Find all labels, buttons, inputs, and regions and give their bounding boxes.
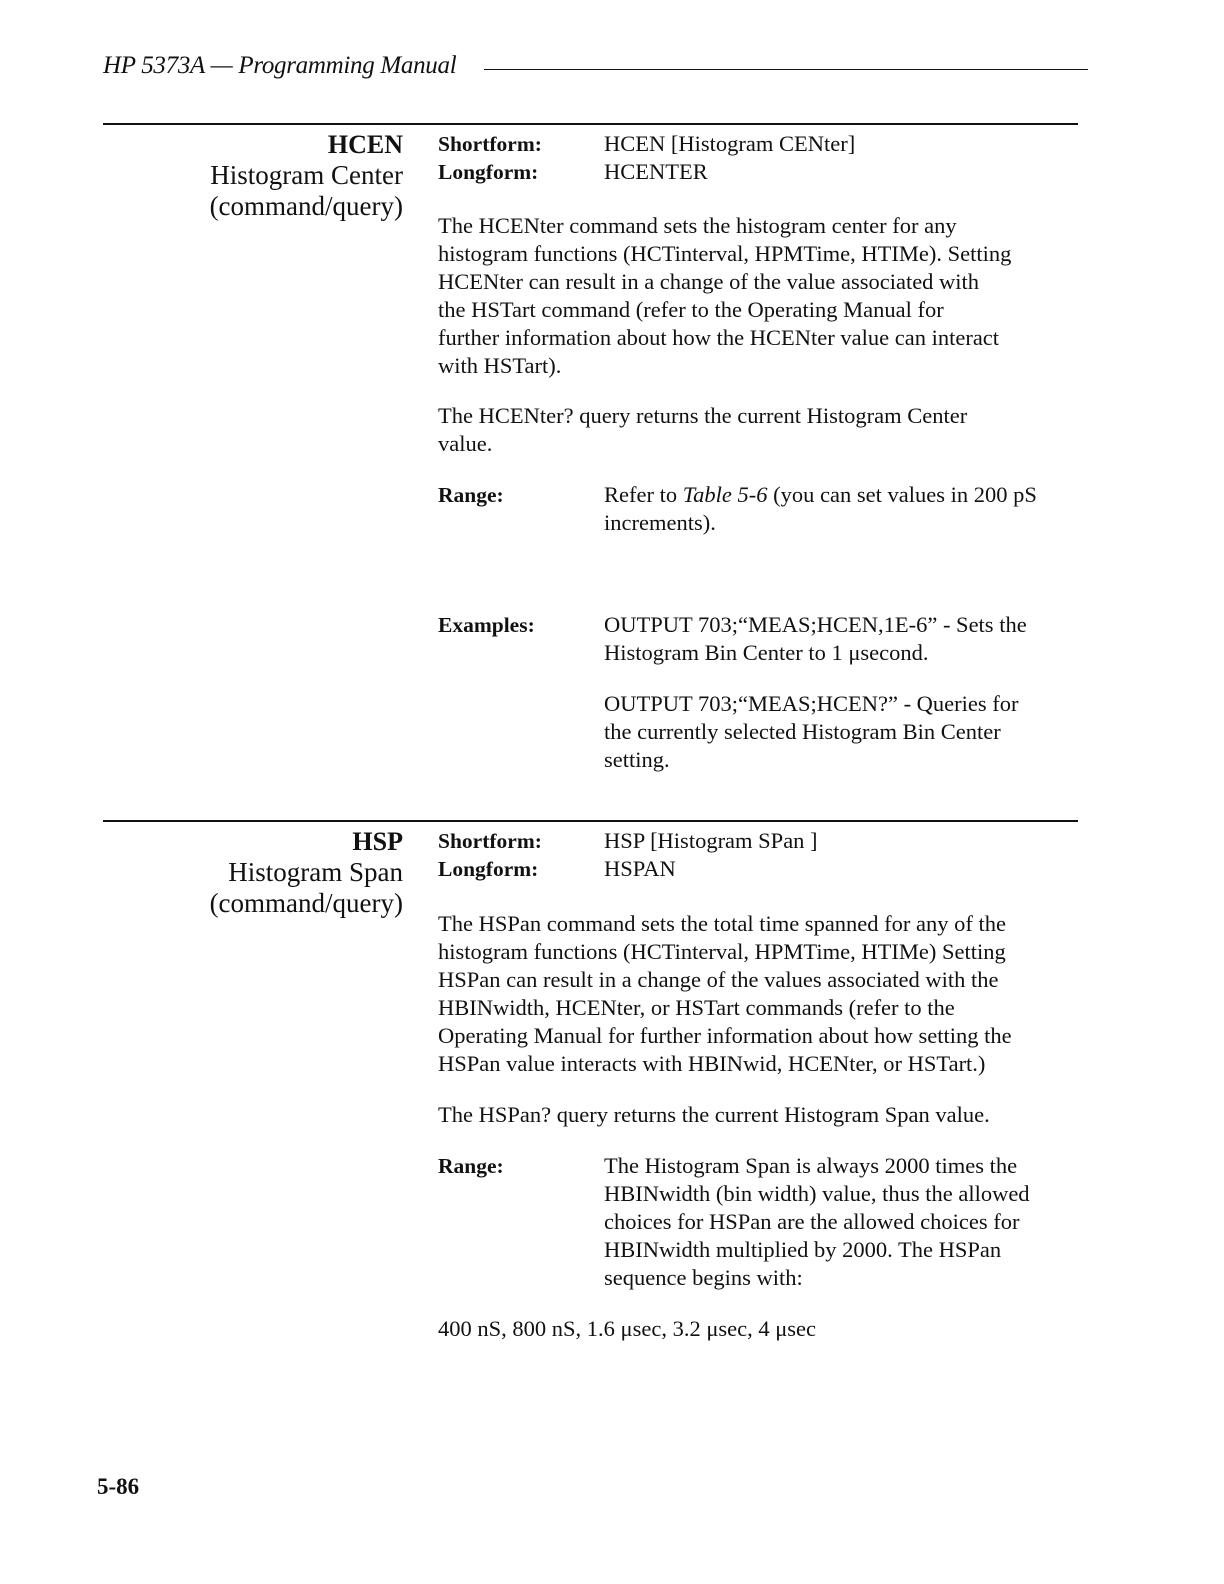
text-line: The HCENter? query returns the current H… [438,402,1108,430]
text-line: The HCENter command sets the histogram c… [438,212,1108,240]
text-line: setting. [604,746,1114,774]
range-value: The Histogram Span is always 2000 times … [604,1152,1114,1292]
command-mnemonic: HCEN [103,129,403,160]
query-paragraph: The HSPan? query returns the current His… [438,1101,1108,1129]
span-sequence: 400 nS, 800 nS, 1.6 μsec, 3.2 μsec, 4 μs… [438,1315,1108,1343]
section-title-hcen: HCEN Histogram Center (command/query) [103,129,403,222]
table-reference: Table 5-6 [683,482,768,507]
command-type: (command/query) [103,191,403,222]
text-line: the HSTart command (refer to the Operati… [438,296,1108,324]
text-line: Operating Manual for further information… [438,1022,1108,1050]
text-line: choices for HSPan are the allowed choice… [604,1208,1114,1236]
longform-value: HCENTER [604,158,1114,186]
range-value: Refer to Table 5-6 (you can set values i… [604,481,1114,537]
page-number: 5-86 [97,1474,139,1500]
text-line: The HSPan? query returns the current His… [438,1101,1108,1129]
section-title-hsp: HSP Histogram Span (command/query) [103,826,403,919]
text-line: HSPan can result in a change of the valu… [438,966,1108,994]
shortform-label: Shortform: [438,827,598,855]
shortform-value: HSP [Histogram SPan ] [604,827,1114,855]
range-label: Range: [438,481,598,509]
range-label: Range: [438,1152,598,1180]
text-line: further information about how the HCENte… [438,324,1108,352]
section-divider [103,820,1078,822]
text-line: HBINwidth multiplied by 2000. The HSPan [604,1236,1114,1264]
longform-label: Longform: [438,855,598,883]
shortform-value: HCEN [Histogram CENter] [604,130,1114,158]
example-1: OUTPUT 703;“MEAS;HCEN,1E-6” - Sets the H… [604,611,1114,667]
text-line: HCENter can result in a change of the va… [438,268,1108,296]
text-line: with HSTart). [438,352,1108,380]
shortform-label: Shortform: [438,130,598,158]
description-paragraph: The HSPan command sets the total time sp… [438,910,1108,1078]
code-line: OUTPUT 703;“MEAS;HCEN?” - Queries for [604,690,1114,718]
text-line: the currently selected Histogram Bin Cen… [604,718,1114,746]
examples-label: Examples: [438,611,598,639]
text-line: HBINwidth (bin width) value, thus the al… [604,1180,1114,1208]
code-line: OUTPUT 703;“MEAS;HCEN,1E-6” - Sets the [604,611,1114,639]
command-type: (command/query) [103,888,403,919]
text-line: value. [438,430,1108,458]
description-paragraph: The HCENter command sets the histogram c… [438,212,1108,380]
header-title: HP 5373A — Programming Manual [103,52,456,80]
command-name: Histogram Center [103,160,403,191]
query-paragraph: The HCENter? query returns the current H… [438,402,1108,458]
page-header: HP 5373A — Programming Manual [103,48,1088,84]
text-line: histogram functions (HCTinterval, HPMTim… [438,240,1108,268]
text-line: HBINwidth, HCENter, or HSTart commands (… [438,994,1108,1022]
header-rule [484,69,1088,70]
command-mnemonic: HSP [103,826,403,857]
text-line: HSPan value interacts with HBINwid, HCEN… [438,1050,1108,1078]
text-line: histogram functions (HCTinterval, HPMTim… [438,938,1108,966]
longform-value: HSPAN [604,855,1114,883]
longform-label: Longform: [438,158,598,186]
example-2: OUTPUT 703;“MEAS;HCEN?” - Queries for th… [604,690,1114,774]
text-line: Histogram Bin Center to 1 μsecond. [604,639,1114,667]
text-line: The Histogram Span is always 2000 times … [604,1152,1114,1180]
section-divider [103,123,1078,125]
text-line: sequence begins with: [604,1264,1114,1292]
text-line: The HSPan command sets the total time sp… [438,910,1108,938]
command-name: Histogram Span [103,857,403,888]
